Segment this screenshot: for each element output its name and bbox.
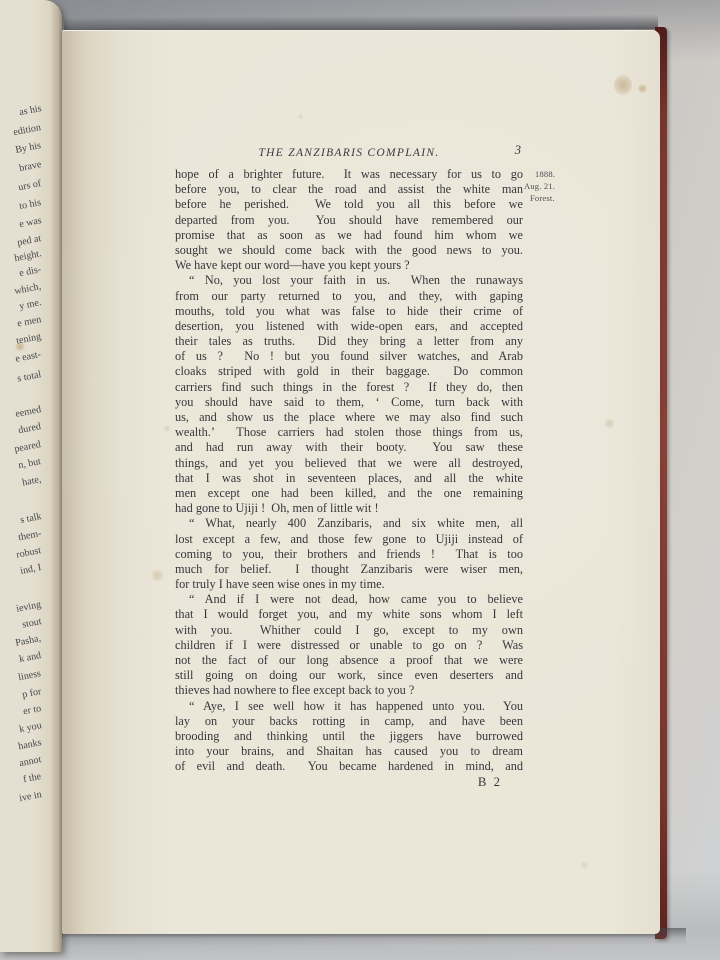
text-line: departed from you. You should have remem… bbox=[175, 213, 523, 228]
left-page-text-fragment: hate, bbox=[21, 474, 42, 488]
margin-note-line: Aug. 21. bbox=[524, 180, 576, 192]
text-line: before you, to clear the road and assist… bbox=[175, 182, 523, 197]
left-page-text-fragment: ped at bbox=[16, 233, 42, 248]
text-line: wealth.’ Those carriers had stolen those… bbox=[175, 425, 523, 440]
text-line: into your brains, and Shaitan has caused… bbox=[175, 744, 523, 759]
left-page-text-fragment: k and bbox=[18, 650, 42, 665]
left-page-text-fragment: as his bbox=[18, 103, 42, 118]
foxing-spot bbox=[151, 570, 164, 581]
text-line: things, and yet you believed that we wer… bbox=[175, 456, 523, 471]
left-page-text-fragment: hanks bbox=[17, 737, 42, 752]
photo-open-book: as hiseditionBy hisbraveurs ofto hise wa… bbox=[0, 0, 720, 960]
left-page: as hiseditionBy hisbraveurs ofto hise wa… bbox=[0, 0, 62, 952]
left-page-text-fragment: p for bbox=[21, 686, 42, 700]
text-line: their tales as truths. Did they bring a … bbox=[175, 334, 523, 349]
left-page-text-fragment: e east- bbox=[15, 349, 42, 365]
text-line: “ And if I were not dead, how came you t… bbox=[175, 592, 523, 607]
text-line: mouths, told you what was false to hide … bbox=[175, 304, 523, 319]
left-page-text-fragment: e dis- bbox=[18, 264, 42, 279]
left-page-text-fragment: eemed bbox=[14, 404, 42, 420]
left-page-text-fragment: height. bbox=[13, 248, 42, 264]
foxing-spot bbox=[580, 861, 589, 869]
text-line: had gone to Ujiji ! Oh, men of little wi… bbox=[175, 501, 523, 516]
text-line: hope of a brighter future. It was necess… bbox=[175, 167, 523, 182]
text-line: of us ? No ! but you found silver watche… bbox=[175, 349, 523, 364]
text-line: coming to you, their brothers and friend… bbox=[175, 547, 523, 562]
left-page-text-fragment: dured bbox=[18, 421, 42, 436]
margin-note-line: 1888. bbox=[524, 168, 576, 180]
text-line: We have kept our word—have you kept your… bbox=[175, 258, 523, 273]
left-page-text-fragment: y me. bbox=[18, 297, 42, 312]
text-line: that I was shot in seventeen places, and… bbox=[175, 471, 523, 486]
left-page-text-fragment: which, bbox=[13, 281, 42, 297]
text-line: lay on your backs rotting in camp, and h… bbox=[175, 714, 523, 729]
margin-note: 1888.Aug. 21.Forest. bbox=[524, 168, 576, 205]
text-line: promise that as soon as we had found him… bbox=[175, 228, 523, 243]
margin-note-line: Forest. bbox=[524, 192, 576, 204]
left-page-text-fragment: By his bbox=[15, 140, 42, 156]
text-line: “ What, nearly 400 Zanzibaris, and six w… bbox=[175, 516, 523, 531]
left-page-text-fragment: s talk bbox=[19, 511, 42, 526]
text-line: before he perished. We told you all this… bbox=[175, 197, 523, 212]
text-line: thieves had nowhere to flee except back … bbox=[175, 683, 523, 698]
foxing-spot bbox=[298, 114, 303, 119]
left-page-text-fragment: n, but bbox=[18, 456, 42, 471]
left-page-text-fragment: to his bbox=[18, 197, 42, 212]
foxing-spot bbox=[614, 74, 632, 96]
left-page-text-fragment: ind, I bbox=[19, 562, 42, 577]
left-page-text-fragment: f the bbox=[22, 771, 42, 785]
left-page-text-fragment: er to bbox=[22, 703, 42, 717]
left-page-text-fragment: s total bbox=[16, 369, 42, 384]
left-page-text-fragment: liness bbox=[18, 668, 42, 683]
left-page-text-fragment: brave bbox=[18, 159, 42, 174]
text-line: with you. Whither could I go, except to … bbox=[175, 623, 523, 638]
text-line: children if I were distressed or unable … bbox=[175, 638, 523, 653]
running-head: THE ZANZIBARIS COMPLAIN. 3 bbox=[175, 143, 523, 159]
text-line: you should have said to them, ‘ Come, tu… bbox=[175, 395, 523, 410]
text-line: from our party returned to you, and they… bbox=[175, 289, 523, 304]
left-page-text-fragment: ieving bbox=[15, 599, 42, 615]
text-line: of evil and death. You became hardened i… bbox=[175, 759, 523, 774]
left-page-text-fragment: urs of bbox=[17, 178, 42, 193]
left-page-text-fragment: edition bbox=[13, 122, 42, 138]
text-line: still going on doing our work, since eve… bbox=[175, 668, 523, 683]
text-line: brooding and thinking until the jiggers … bbox=[175, 729, 523, 744]
text-line: men except one had been killed, and the … bbox=[175, 486, 523, 501]
text-line: not the fact of our long absence a proof… bbox=[175, 653, 523, 668]
text-line: much for belief. I thought Zanzibaris we… bbox=[175, 562, 523, 577]
left-page-text-fragment: Pasha, bbox=[15, 633, 42, 649]
text-line: and had run away with their booty. You s… bbox=[175, 440, 523, 455]
text-line: desertion, you listened with wide-open e… bbox=[175, 319, 523, 334]
left-page-text-fragment: them- bbox=[17, 528, 42, 543]
text-line: cloaks striped with gold in their baggag… bbox=[175, 364, 523, 379]
left-page-text-fragment: ive in bbox=[18, 789, 42, 804]
text-line: sought we should come back with the good… bbox=[175, 243, 523, 258]
text-line: lost except a few, and those few gone to… bbox=[175, 532, 523, 547]
text-line: “ Aye, I see well how it has happened un… bbox=[175, 699, 523, 714]
running-title: THE ZANZIBARIS COMPLAIN. bbox=[258, 147, 439, 159]
foxing-spot bbox=[163, 425, 171, 432]
foxing-spot bbox=[638, 84, 647, 93]
left-page-text-fragments: as hiseditionBy hisbraveurs ofto hise wa… bbox=[0, 0, 62, 952]
text-line: us, and show us the place where we may a… bbox=[175, 410, 523, 425]
left-page-text-fragment: k you bbox=[18, 720, 42, 735]
left-page-text-fragment: annot bbox=[18, 754, 42, 769]
left-page-text-fragment: e was bbox=[18, 215, 42, 230]
text-line: for truly I have seen wise ones in my ti… bbox=[175, 577, 523, 592]
text-line: “ No, you lost your faith in us. When th… bbox=[175, 273, 523, 288]
signature-mark: B 2 bbox=[175, 775, 523, 790]
page-number: 3 bbox=[515, 143, 521, 158]
left-page-text-fragment: robust bbox=[15, 545, 42, 561]
foxing-spot bbox=[604, 419, 615, 428]
left-page-text-fragment: e men bbox=[16, 314, 42, 329]
body-text: hope of a brighter future. It was necess… bbox=[175, 167, 523, 775]
foxing-spot bbox=[15, 342, 25, 351]
left-page-text-fragment: stout bbox=[21, 616, 42, 631]
text-line: carriers find such things in the forest … bbox=[175, 380, 523, 395]
left-page-text-fragment: peared bbox=[14, 439, 42, 455]
text-line: that I would forget you, and my white so… bbox=[175, 607, 523, 622]
right-page: THE ZANZIBARIS COMPLAIN. 3 1888.Aug. 21.… bbox=[62, 30, 660, 934]
